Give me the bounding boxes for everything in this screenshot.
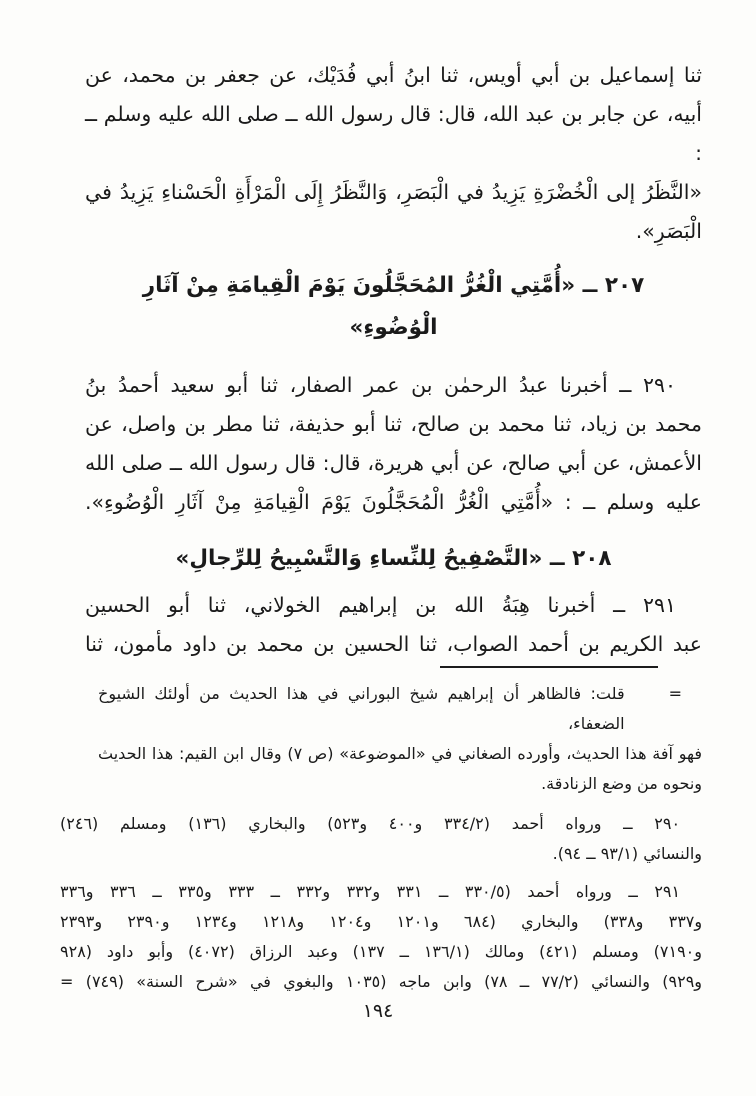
- footnote-continuation: = قلت: فالظاهر أن إبراهيم شيخ البوراني ف…: [60, 679, 702, 799]
- footnote-line: ٢٩١ ــ ورواه أحمد (٣٣٠/٥ ــ ٣٣١ و٣٣٢ و٣٣…: [60, 877, 702, 907]
- body-line: الْبَصَرِ».: [85, 212, 702, 251]
- book-page: ثنا إسماعيل بن أبي أويس، ثنا ابنُ أبي فُ…: [0, 0, 756, 1096]
- main-text-block: ثنا إسماعيل بن أبي أويس، ثنا ابنُ أبي فُ…: [85, 56, 702, 664]
- footnotes-block: = قلت: فالظاهر أن إبراهيم شيخ البوراني ف…: [60, 679, 702, 997]
- heading-line: الْوُضُوءِ»: [85, 307, 702, 349]
- paragraph-hadith-290: ٢٩٠ ــ أخبرنا عبدُ الرحمٰن بن عمر الصفار…: [85, 366, 702, 522]
- paragraph-isnad-jabir: ثنا إسماعيل بن أبي أويس، ثنا ابنُ أبي فُ…: [85, 56, 702, 251]
- footnote-line: ونحوه من وضع الزنادقة.: [98, 769, 702, 799]
- footnote-separator-rule: [440, 666, 658, 668]
- body-line: ٢٩١ ــ أخبرنا هِبَةُ الله بن إبراهيم الخ…: [85, 586, 702, 625]
- footnote-line: ٢٩٠ ــ ورواه أحمد (٣٣٤/٢ و٤٠٠ و٥٢٣) والب…: [60, 809, 702, 839]
- body-line: أبيه، عن جابر بن عبد الله، قال: قال رسول…: [85, 95, 702, 173]
- footnote-291: ٢٩١ ــ ورواه أحمد (٣٣٠/٥ ــ ٣٣١ و٣٣٢ و٣٣…: [60, 877, 702, 997]
- page-number: ١٩٤: [0, 1000, 756, 1022]
- heading-line: ٢٠٧ ــ «أُمَّتِي الْغُرُّ المُحَجَّلُونَ…: [85, 265, 702, 307]
- heading-line: ٢٠٨ ــ «التَّصْفِيحُ لِلنِّساءِ وَالتَّس…: [85, 538, 702, 580]
- body-line: محمد بن زياد، ثنا محمد بن صالح، ثنا أبو …: [85, 405, 702, 444]
- paragraph-hadith-291: ٢٩١ ــ أخبرنا هِبَةُ الله بن إبراهيم الخ…: [85, 586, 702, 664]
- body-line: الأعمش، عن أبي صالح، عن أبي هريرة، قال: …: [85, 444, 702, 483]
- chapter-heading-208: ٢٠٨ ــ «التَّصْفِيحُ لِلنِّساءِ وَالتَّس…: [85, 538, 702, 580]
- body-line: ثنا إسماعيل بن أبي أويس، ثنا ابنُ أبي فُ…: [85, 56, 702, 95]
- footnote-line: و٩٢٩) والنسائي (٧٧/٢ ــ ٧٨) وابن ماجه (١…: [60, 967, 702, 997]
- body-line: عليه وسلم ــ : «أُمَّتِي الْغُرُّ الْمُح…: [85, 483, 702, 522]
- footnote-line: = قلت: فالظاهر أن إبراهيم شيخ البوراني ف…: [98, 679, 702, 739]
- footnote-text: قلت: فالظاهر أن إبراهيم شيخ البوراني في …: [98, 679, 625, 739]
- footnote-line: فهو آفة هذا الحديث، وأورده الصغاني في «ا…: [98, 739, 702, 769]
- body-line: ٢٩٠ ــ أخبرنا عبدُ الرحمٰن بن عمر الصفار…: [85, 366, 702, 405]
- continuation-marker: =: [669, 679, 682, 739]
- footnote-line: و٣٣٧ و٣٣٨) والبخاري (٦٨٤ و١٢٠١ و١٢٠٤ و١٢…: [60, 907, 702, 937]
- body-line: عبد الكريم بن أحمد الصواب، ثنا الحسين بن…: [85, 625, 702, 664]
- footnote-line: والنسائي (٩٣/١ ــ ٩٤).: [60, 839, 702, 869]
- footnote-line: و٧١٩٠) ومسلم (٤٢١) ومالك (١٣٦/١ ــ ١٣٧) …: [60, 937, 702, 967]
- chapter-heading-207: ٢٠٧ ــ «أُمَّتِي الْغُرُّ المُحَجَّلُونَ…: [85, 265, 702, 349]
- body-line: «النَّظَرُ إلى الْخُضْرَةِ يَزِيدُ في ال…: [85, 173, 702, 212]
- footnote-290: ٢٩٠ ــ ورواه أحمد (٣٣٤/٢ و٤٠٠ و٥٢٣) والب…: [60, 809, 702, 869]
